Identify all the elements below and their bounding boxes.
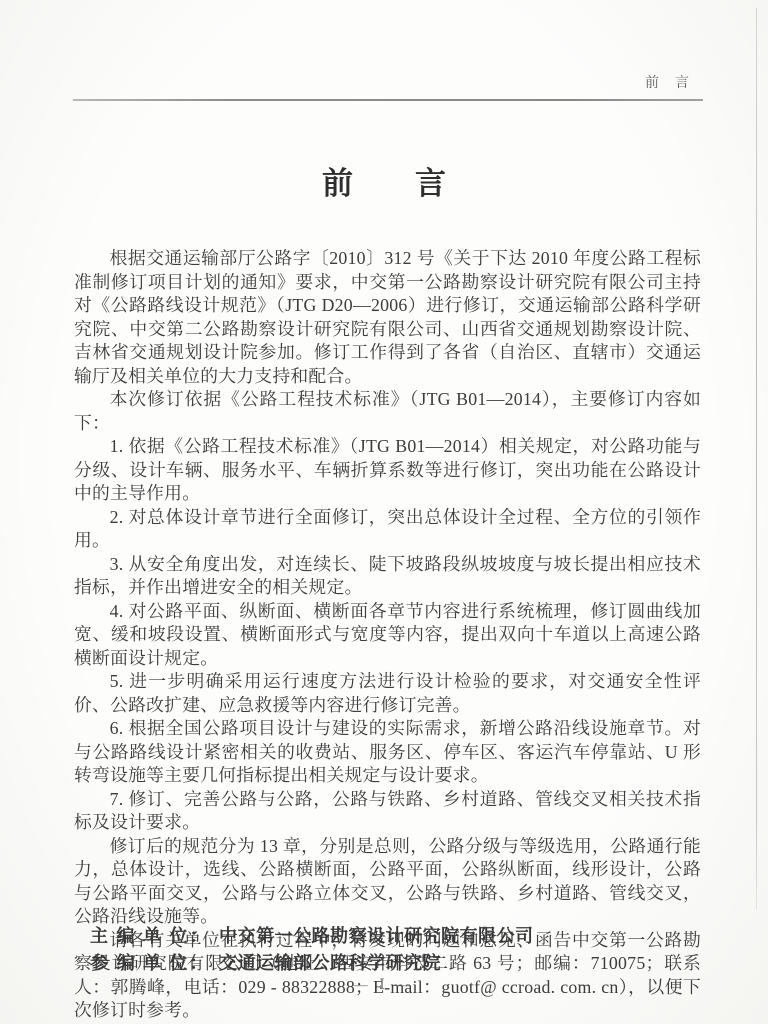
revision-item-7: 7. 修订、完善公路与公路，公路与铁路、乡村道路、管线交叉相关技术指标及设计要求… [74, 788, 701, 835]
chief-editor-label: 主 编 单 位： [90, 926, 210, 946]
header-rule [73, 99, 703, 101]
editors-section: 主 编 单 位： 中交第一公路勘察设计研究院有限公司 参 编 单 位： 交通运输… [90, 923, 534, 977]
co-editor-label: 参 编 单 位： [90, 953, 210, 973]
running-header: 前 言 [0, 72, 690, 92]
body-text: 根据交通运输部厅公路字〔2010〕312 号《关于下达 2010 年度公路工程标… [74, 247, 701, 1023]
co-editor-row: 参 编 单 位： 交通运输部公路科学研究院 [90, 950, 534, 977]
revision-item-6: 6. 根据全国公路项目设计与建设的实际需求，新增公路沿线设施章节。对与公路路线设… [74, 717, 701, 788]
chief-editor-row: 主 编 单 位： 中交第一公路勘察设计研究院有限公司 [90, 923, 534, 950]
paragraph-chapters: 修订后的规范分为 13 章，分别是总则，公路分级与等级选用，公路通行能力，总体设… [74, 835, 701, 929]
scan-edge-line [756, 8, 757, 910]
revision-item-1: 1. 依据《公路工程技术标准》（JTG B01—2014）相关规定，对公路功能与… [74, 435, 701, 506]
revision-item-4: 4. 对公路平面、纵断面、横断面各章节内容进行系统梳理，修订圆曲线加宽、缓和坡段… [74, 600, 701, 671]
revision-item-5: 5. 进一步明确采用运行速度方法进行设计检验的要求，对交通安全性评价、公路改扩建… [74, 670, 701, 717]
page-number: — Ⅰ — [0, 977, 768, 994]
revision-item-2: 2. 对总体设计章节进行全面修订，突出总体设计全过程、全方位的引领作用。 [74, 506, 701, 553]
chief-editor-value: 中交第一公路勘察设计研究院有限公司 [219, 926, 534, 946]
co-editor-value: 交通运输部公路科学研究院 [219, 953, 441, 973]
page-title: 前 言 [0, 163, 768, 205]
paragraph-basis: 本次修订依据《公路工程技术标准》（JTG B01—2014），主要修订内容如下： [74, 388, 701, 435]
document-page: 前 言 前 言 根据交通运输部厅公路字〔2010〕312 号《关于下达 2010… [0, 0, 768, 1024]
paragraph-intro: 根据交通运输部厅公路字〔2010〕312 号《关于下达 2010 年度公路工程标… [74, 247, 701, 388]
revision-item-3: 3. 从安全角度出发，对连续长、陡下坡路段纵坡坡度与坡长提出相应技术指标，并作出… [74, 553, 701, 600]
